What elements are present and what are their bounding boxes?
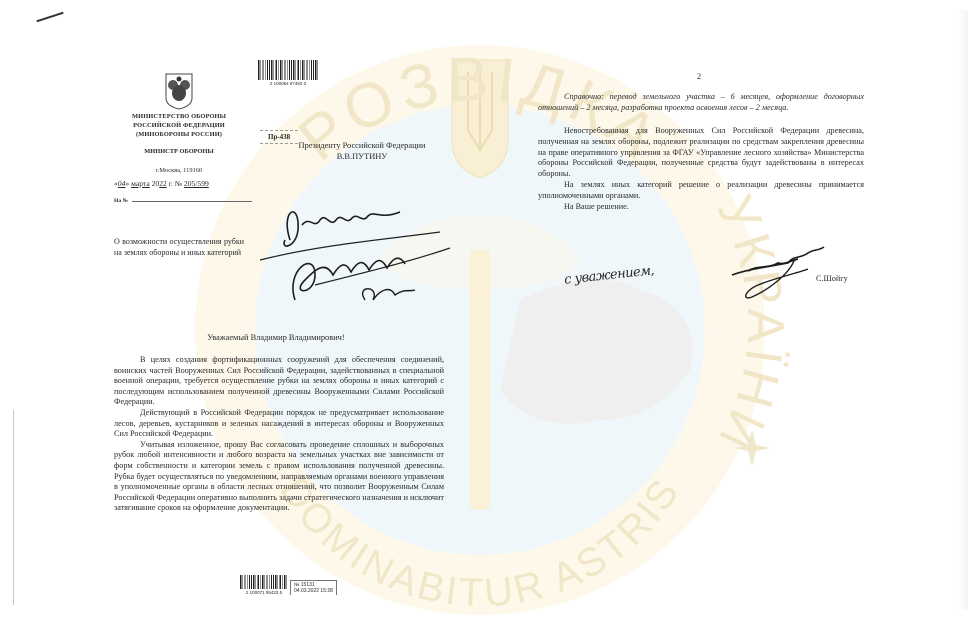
barcode-top: 2 100064 87482 0: [258, 60, 318, 86]
paragraph: Невостребованная для Вооруженных Сил Рос…: [538, 126, 864, 180]
page-edge-shadow: [958, 10, 968, 610]
watermark-map: [500, 279, 693, 424]
letter-body-page-1: В целях создания фортификационных сооруж…: [114, 355, 444, 514]
outgoing-number: 205/599: [184, 179, 209, 188]
shoigu-signature: [728, 245, 828, 305]
ministry-header: МИНИСТЕРСТВО ОБОРОНЫ РОССИЙСКОЙ ФЕДЕРАЦИ…: [108, 112, 250, 139]
reference-line: На №: [114, 198, 252, 204]
paragraph: Действующий в Российской Федерации поряд…: [114, 408, 444, 440]
paragraph: На Ваше решение.: [538, 202, 864, 213]
putin-signature: [255, 240, 455, 320]
svg-text:УКРАЇНИ: УКРАЇНИ: [706, 187, 795, 463]
date-year: 22: [159, 179, 167, 188]
russian-coat-of-arms-icon: [164, 72, 194, 110]
registration-stamp: № 15131 04.03.2022 15:28: [290, 580, 337, 595]
star-icon: [734, 430, 770, 466]
trident-icon: [468, 70, 492, 150]
pen-mark: [36, 12, 63, 23]
barcode-bottom: 2 100071 95423 5: [240, 575, 288, 595]
watermark-sword: [470, 250, 490, 510]
addressee: Президенту Российской Федерации В.В.ПУТИ…: [262, 140, 462, 162]
closing-handwriting: с уважением,: [563, 263, 654, 287]
paragraph: На землях иных категорий решение о реали…: [538, 180, 864, 202]
minister-title: МИНИСТР ОБОРОНЫ: [108, 148, 250, 155]
letter-body-page-2: Невостребованная для Вооруженных Сил Рос…: [538, 126, 864, 212]
page-number: 2: [534, 72, 864, 81]
date-month: марта: [131, 179, 150, 188]
paragraph: В целях создания фортификационных сооруж…: [114, 355, 444, 408]
reference-note: Справочно: перевод земельного участка – …: [538, 92, 864, 114]
watermark-owl: [380, 215, 580, 290]
page-edge-line: [13, 410, 14, 605]
date-line: «04» марта 2022 г. № 205/599: [114, 179, 209, 188]
resolution-handwriting: [240, 190, 460, 300]
barcode-icon: [240, 575, 288, 589]
salutation: Уважаемый Владимир Владимирович!: [108, 333, 444, 342]
paragraph: Учитывая изложенное, прошу Вас согласова…: [114, 440, 444, 514]
letter-subject: О возможности осуществления рубки на зем…: [114, 237, 244, 258]
city-address: г.Москва, 119160: [108, 167, 250, 174]
signer-name: С.Шойгу: [816, 274, 848, 283]
barcode-icon: [258, 60, 318, 80]
date-day: 04: [118, 179, 126, 188]
